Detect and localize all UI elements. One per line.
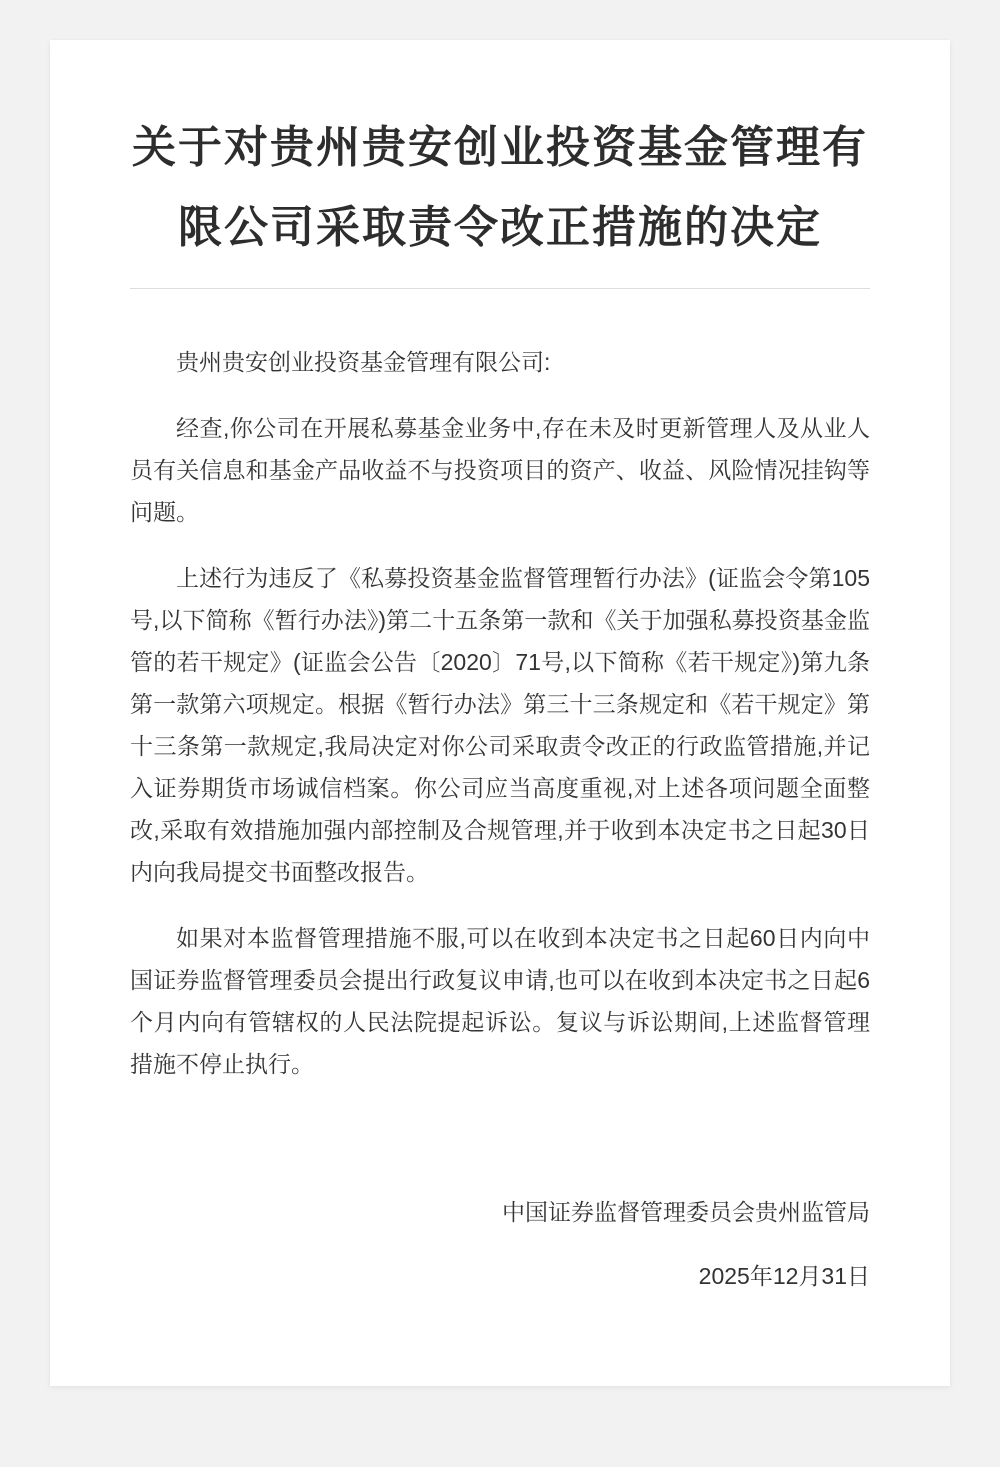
signature-date: 2025年12月31日: [130, 1255, 870, 1297]
salutation: 贵州贵安创业投资基金管理有限公司:: [130, 341, 870, 383]
paragraph-appeal-rights: 如果对本监督管理措施不服,可以在收到本决定书之日起60日内向中国证券监督管理委员…: [130, 917, 870, 1085]
paragraph-findings: 经查,你公司在开展私募基金业务中,存在未及时更新管理人及从业人员有关信息和基金产…: [130, 407, 870, 533]
signature-issuer: 中国证券监督管理委员会贵州监管局: [130, 1191, 870, 1233]
page-background: { "page": { "background_color": "#f2f2f3…: [0, 40, 1000, 1467]
paragraph-legal-basis: 上述行为违反了《私募投资基金监督管理暂行办法》(证监会令第105号,以下简称《暂…: [130, 557, 870, 893]
document-title: 关于对贵州贵安创业投资基金管理有限公司采取责令改正措施的决定: [130, 108, 870, 268]
document-body: 贵州贵安创业投资基金管理有限公司: 经查,你公司在开展私募基金业务中,存在未及时…: [130, 341, 870, 1297]
title-divider: [130, 288, 870, 289]
document-card: 关于对贵州贵安创业投资基金管理有限公司采取责令改正措施的决定 贵州贵安创业投资基…: [50, 40, 950, 1386]
